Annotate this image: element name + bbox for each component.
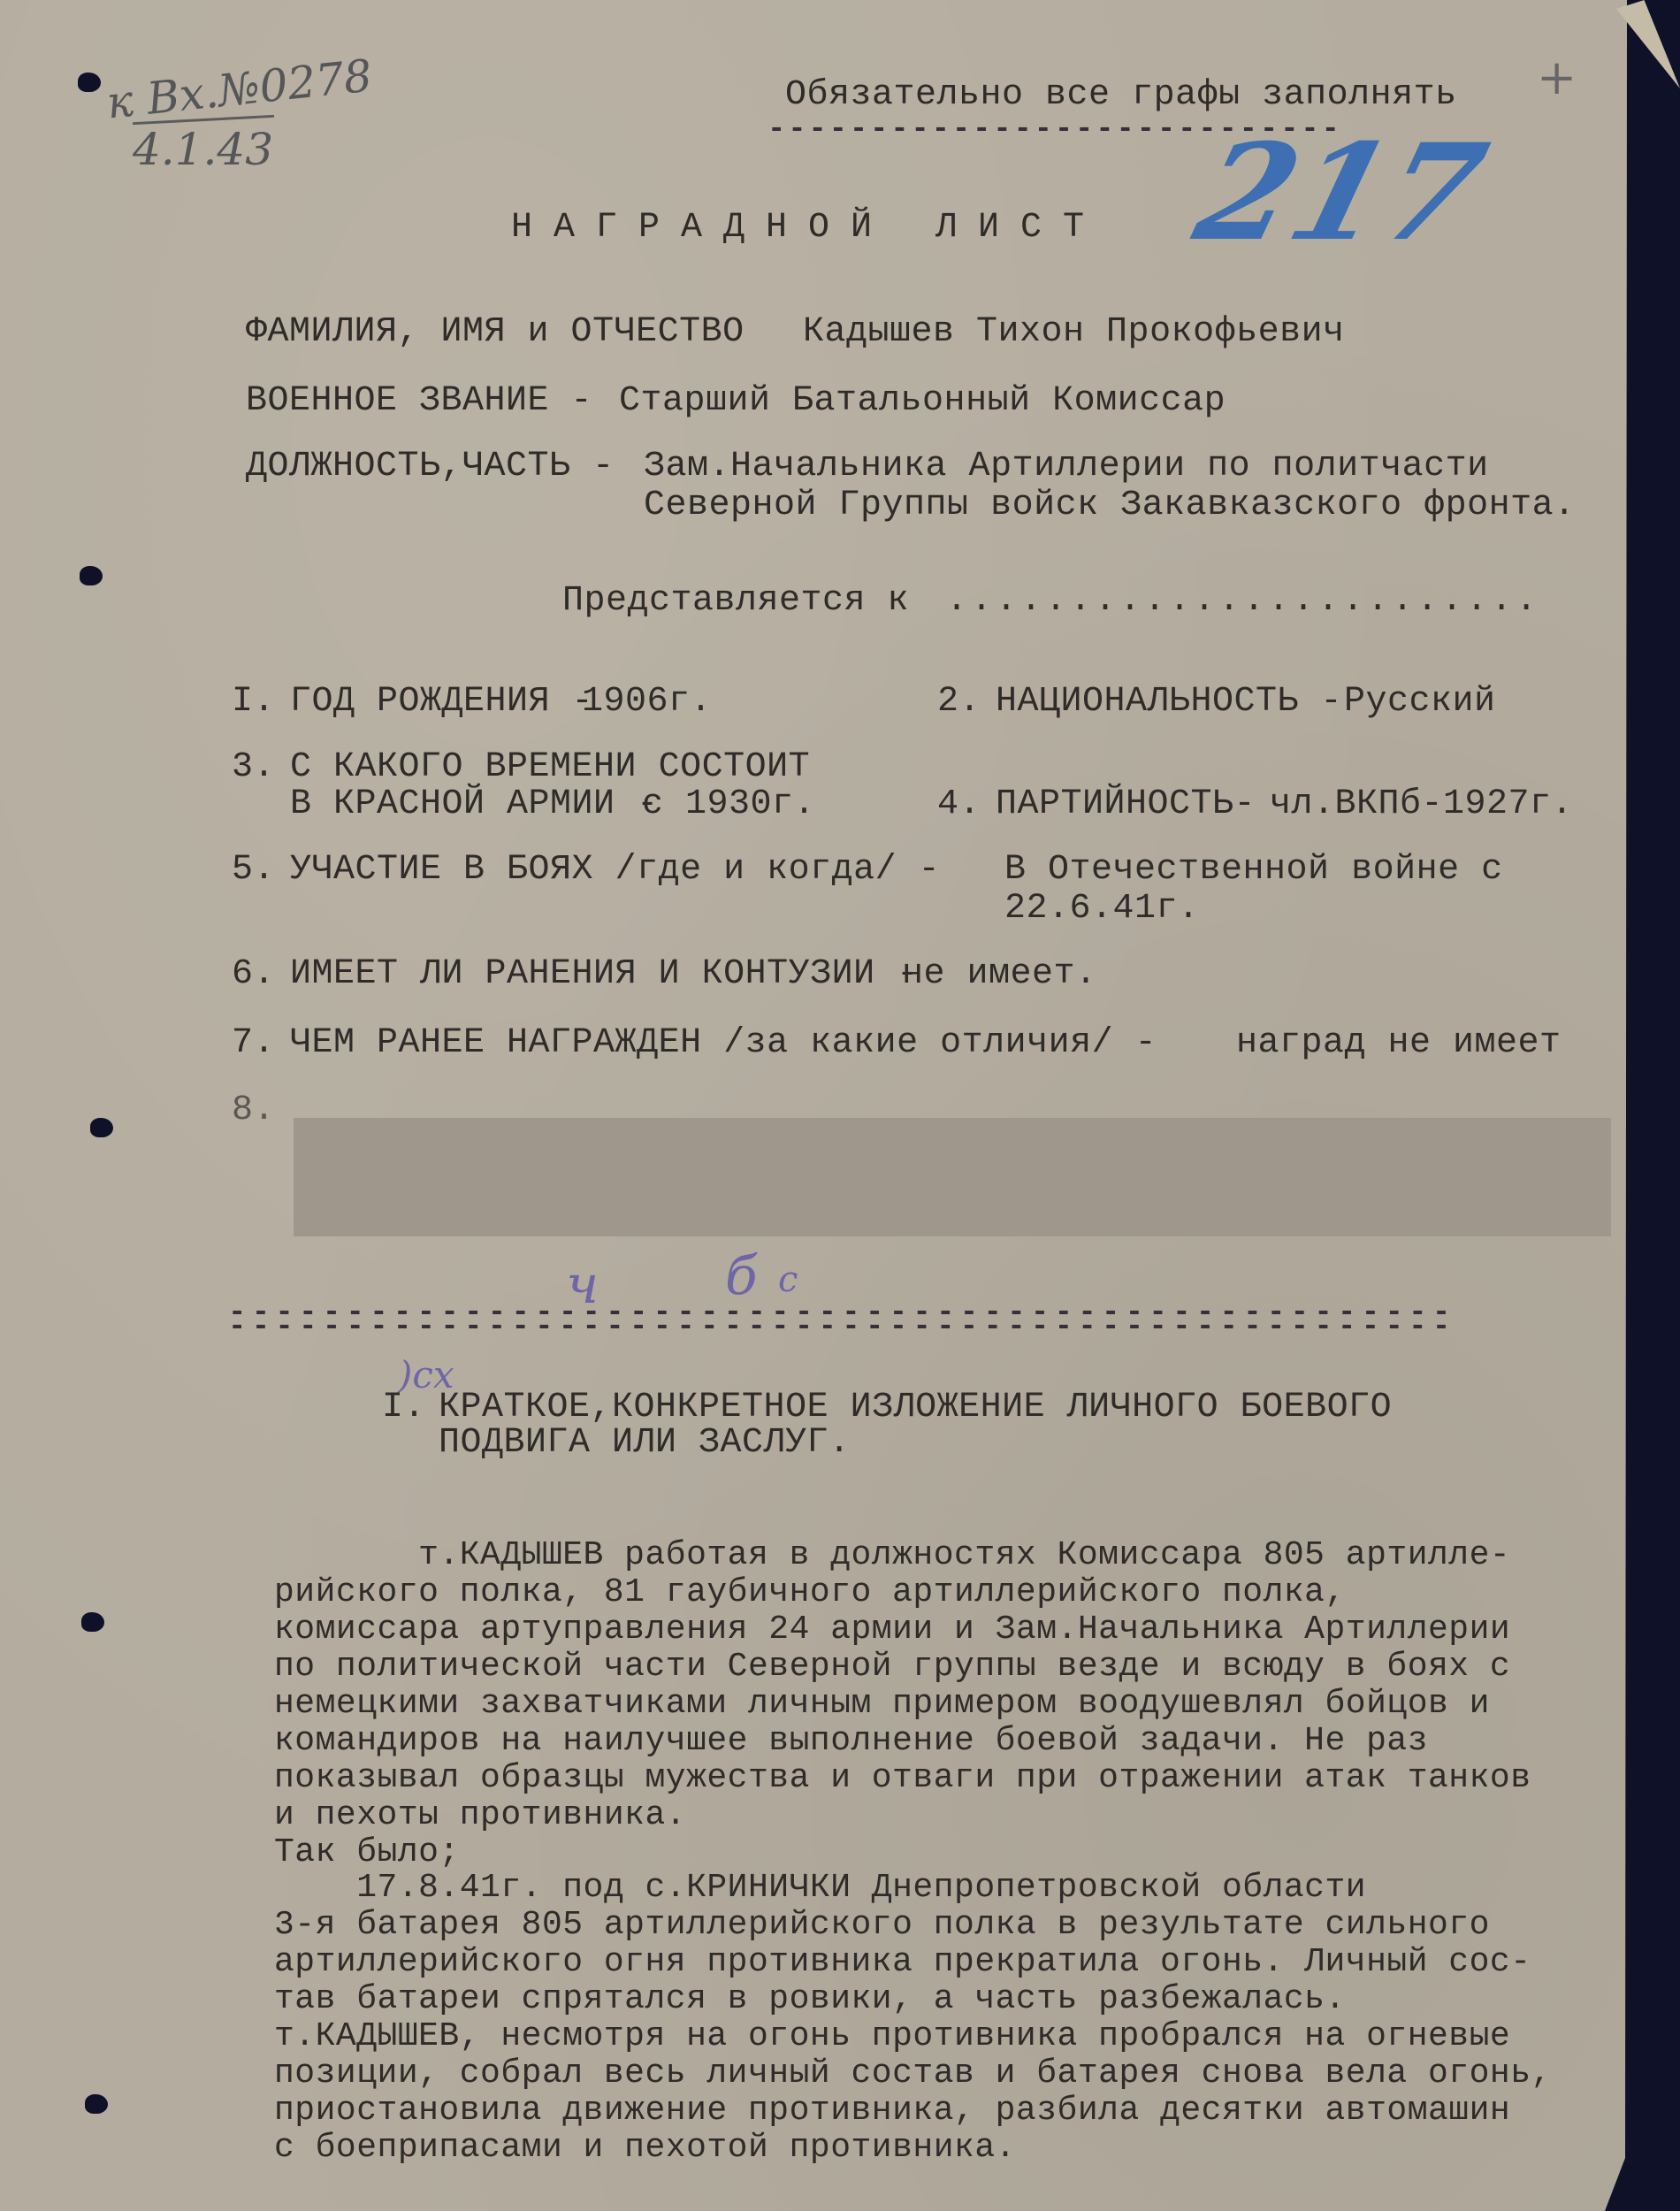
purple-handwriting: с [778, 1259, 798, 1300]
field-7-value: наград не имеет [1236, 1026, 1562, 1061]
instruction-text: Обязательно все графы заполнять [785, 78, 1457, 113]
narrative-line: позиции, собрал весь личный состав и бат… [274, 2057, 1552, 2091]
separator-line-2: ----------------------------------------… [228, 1312, 1456, 1343]
field-2-value: Русский [1344, 685, 1496, 720]
rank-label: ВОЕННОЕ ЗВАНИЕ - [246, 384, 592, 419]
field-3-label-line1: С КАКОГО ВРЕМЕНИ СОСТОИТ [290, 750, 810, 785]
section-heading-num: I. [382, 1390, 425, 1426]
field-8-num: 8. [232, 1093, 275, 1128]
narrative-line: 17.8.41г. под с.КРИНИЧКИ Днепропетровско… [274, 1871, 1552, 1905]
narrative-line: рийского полка, 81 гаубичного артиллерий… [274, 1576, 1552, 1610]
field-7-label: ЧЕМ РАНЕЕ НАГРАЖДЕН /за какие отличия/ - [290, 1026, 1157, 1061]
field-5-value-line1: В Отечественной войне с [1004, 853, 1503, 888]
field-3-num: 3. [232, 750, 275, 785]
field-1-value: 1906г. [582, 685, 712, 720]
blue-pencil-number: 217 [1181, 115, 1500, 271]
field-5-num: 5. [232, 853, 275, 888]
field-3-label-line2: В КРАСНОЙ АРМИИ - [290, 787, 659, 822]
scan-background-edge [1629, 0, 1680, 2211]
handwritten-date: 4.1.43 [133, 124, 273, 175]
punch-hole [81, 1612, 104, 1632]
field-6-value: не имеет. [902, 957, 1097, 992]
narrative-line: т.КАДЫШЕВ, несмотря на огонь противника … [274, 2020, 1552, 2054]
punch-hole [85, 2094, 108, 2114]
narrative-body: т.КАДЫШЕВ работая в должностях Комиссара… [274, 1539, 1552, 2165]
rank-value: Старший Батальонный Комиссар [619, 384, 1226, 419]
narrative-line: т.КАДЫШЕВ работая в должностях Комиссара… [274, 1539, 1552, 1572]
narrative-line: 3-я батарея 805 артиллерийского полка в … [274, 1909, 1552, 1942]
narrative-line: по политической части Северной группы ве… [274, 1650, 1552, 1684]
field-4-num: 4. [937, 787, 981, 822]
field-7-num: 7. [232, 1026, 275, 1061]
field-2-label: НАЦИОНАЛЬНОСТЬ - [996, 685, 1342, 720]
position-value-line2: Северной Группы войск Закавказского фрон… [644, 488, 1576, 524]
section-heading-line2: ПОДВИГА ИЛИ ЗАСЛУГ. [439, 1426, 851, 1461]
narrative-line: немецкими захватчиками личным примером в… [274, 1687, 1552, 1721]
narrative-line: и пехоты противника. [274, 1799, 1552, 1832]
punch-hole [90, 1118, 113, 1137]
position-value-line1: Зам.Начальника Артиллерии по политчасти [644, 449, 1489, 485]
section-heading-line1: КРАТКОЕ,КОНКРЕТНОЕ ИЗЛОЖЕНИЕ ЛИЧНОГО БОЕ… [439, 1390, 1392, 1426]
field-1-label: ГОД РОЖДЕНИЯ - [290, 685, 593, 720]
narrative-line: показывал образцы мужества и отваги при … [274, 1762, 1552, 1795]
narrative-line: артиллерийского огня противника прекрати… [274, 1946, 1552, 1979]
field-6-num: 6. [232, 957, 275, 992]
field-4-label: ПАРТИЙНОСТЬ- [996, 787, 1256, 822]
name-value: Кадышев Тихон Прокофьевич [803, 315, 1345, 350]
name-label: ФАМИЛИЯ, ИМЯ и ОТЧЕСТВО [246, 315, 745, 350]
field-3-value: с 1930г. [642, 787, 815, 822]
narrative-line: приостановила движение противника, разби… [274, 2094, 1552, 2128]
presented-to-label: Представляется к [562, 584, 909, 619]
narrative-line: с боеприпасами и пехотой противника. [274, 2131, 1552, 2165]
narrative-line: комиссара артуправления 24 армии и Зам.Н… [274, 1613, 1552, 1647]
punch-hole [78, 73, 101, 92]
field-6-label: ИМЕЕТ ЛИ РАНЕНИЯ И КОНТУЗИИ - [290, 957, 919, 992]
field-5-label: УЧАСТИЕ В БОЯХ /где и когда/ - [290, 853, 940, 888]
presented-to-dots: ........................ [946, 584, 1540, 619]
page-title: НАГРАДНОЙ ЛИСТ [511, 210, 1105, 246]
plus-mark: + [1537, 50, 1577, 105]
redacted-block [294, 1118, 1611, 1236]
narrative-line: Так было; [274, 1836, 1552, 1870]
narrative-line: командиров на наилучшее выполнение боево… [274, 1725, 1552, 1758]
field-5-value-line2: 22.6.41г. [1004, 891, 1200, 927]
field-2-num: 2. [937, 685, 981, 720]
position-label: ДОЛЖНОСТЬ,ЧАСТЬ - [246, 449, 615, 485]
field-1-num: I. [232, 685, 275, 720]
narrative-line: тав батареи спрятался в ровики, а часть … [274, 1983, 1552, 2016]
field-4-value: чл.ВКПб-1927г. [1270, 787, 1573, 822]
punch-hole [80, 566, 103, 585]
